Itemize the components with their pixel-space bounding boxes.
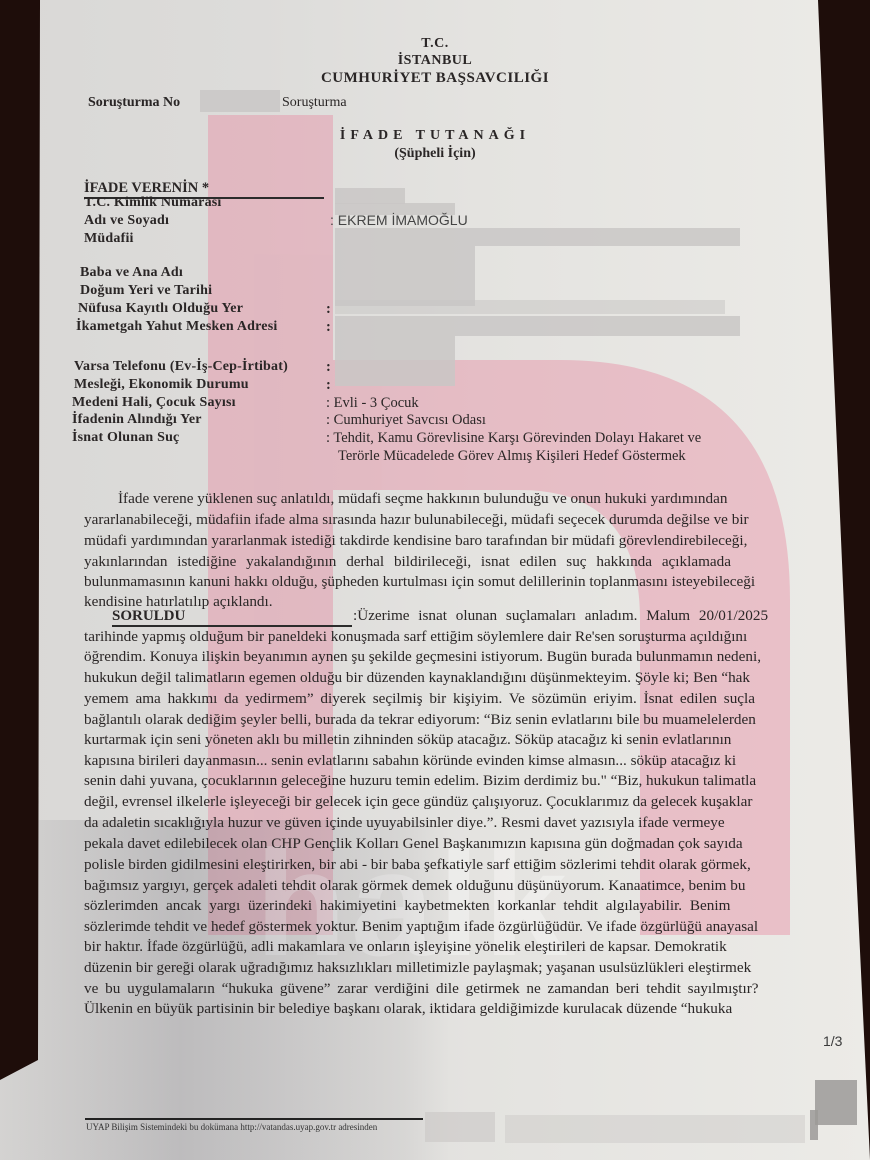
field-label-location: İfadenin Alındığı Yer — [72, 412, 202, 428]
question-underline — [112, 625, 352, 627]
redacted-stamp — [815, 1080, 857, 1125]
header-tc: T.C. — [0, 36, 870, 52]
statement-line: hukukun değil talimatların egemen olduğu… — [84, 669, 839, 687]
rights-line: bulunmamasının kanuni hakkı olduğu, şüph… — [84, 573, 839, 591]
statement-line: pekala davet edilebilecek olan CHP Gençl… — [84, 835, 839, 853]
statement-line: değil, evrensel ilkelerle işleyeceği bir… — [84, 793, 839, 811]
investigation-no-label: Soruşturma No — [88, 95, 180, 111]
statement-line: kapısına birileri dayanmasın... senin ev… — [84, 752, 839, 770]
field-label-occupation: Mesleği, Ekonomik Durumu — [74, 377, 249, 393]
statement-line: yemem ama hakkımı da yedirmem” diyerek s… — [84, 690, 839, 708]
rights-line: müdafi yardımından yararlanmak istediği … — [84, 532, 839, 550]
statement-line: polisle birden gidilmesini eleştirirken,… — [84, 856, 839, 874]
rights-line: yararlanabileceği, müdafiin ifade alma s… — [84, 511, 839, 529]
redacted-tc-no — [335, 188, 405, 204]
redacted-footer-2 — [505, 1115, 805, 1143]
page-number: 1/3 — [823, 1033, 842, 1049]
document-title: İFADE TUTANAĞI — [0, 128, 870, 144]
field-label-charge: İsnat Olunan Suç — [72, 430, 179, 446]
statement-line: bir haktır. İfade özgürlüğü, adli makaml… — [84, 938, 839, 956]
field-label-address: İkametgah Yahut Mesken Adresi — [76, 319, 277, 335]
field-label-parents: Baba ve Ana Adı — [80, 265, 183, 281]
rights-line: İfade verene yüklenen suç anlatıldı, müd… — [118, 490, 837, 508]
statement-line: da adaletin sıcaklığıyla huzur ve güven … — [84, 814, 839, 832]
header-office: CUMHURİYET BAŞSAVCILIĞI — [0, 70, 870, 87]
redacted-footer — [425, 1112, 495, 1142]
statement-line: senin dahi yuvana, çocuklarının geleceği… — [84, 772, 839, 790]
field-label-registry: Nüfusa Kayıtlı Olduğu Yer — [78, 301, 243, 317]
document-page: halk T.C. İSTANBUL CUMHURİYET BAŞSAVCILI… — [0, 0, 870, 1160]
statement-line: sözlerimden ancak yargı üzerindeki hakim… — [84, 897, 839, 915]
field-value-location: : Cumhuriyet Savcısı Odası — [326, 412, 486, 429]
statement-line: Ülkenin en büyük partisinin bir belediye… — [84, 1000, 839, 1018]
redacted-lawyer-2 — [335, 246, 475, 306]
redacted-stamp-2 — [810, 1110, 818, 1140]
statement-line: sözlerimde tehdit ve hedef göstermek yok… — [84, 918, 839, 936]
statement-line: bağımsız yargıyı, gerçek adaleti tehdit … — [84, 877, 839, 895]
statement-line: ve bu uygulamaların “hukuka güvene” zara… — [84, 980, 839, 998]
redacted-lawyer — [335, 228, 740, 246]
field-value-marital: : Evli - 3 Çocuk — [326, 395, 419, 412]
rights-line: yakınlarından istediğine yakalandığının … — [84, 553, 839, 571]
field-value-registry: : — [326, 301, 331, 318]
investigation-suffix: Soruşturma — [282, 95, 347, 111]
statement-line: :Üzerime isnat olunan suçlamaları anladı… — [353, 607, 833, 625]
field-value-name: : EKREM İMAMOĞLU — [330, 212, 468, 228]
statement-line: bağlantılı olarak dediğim şeyler belli, … — [84, 711, 839, 729]
field-value-charge: : Tehdit, Kamu Görevlisine Karşı Görevin… — [326, 430, 701, 447]
statement-line: tarihinde yapmış olduğum bir paneldeki k… — [84, 628, 839, 646]
statement-line: düzenin bir gereği olarak uğradığımız ha… — [84, 959, 839, 977]
redacted-address — [335, 316, 740, 336]
field-label-birth: Doğum Yeri ve Tarihi — [80, 283, 212, 299]
question-label: SORULDU — [112, 608, 185, 625]
field-value-charge-line2: Terörle Mücadelede Görev Almış Kişileri … — [338, 448, 686, 465]
statement-line: öğrendim. Konuya ilişkin beyanımın aynen… — [84, 648, 839, 666]
field-label-lawyer: Müdafii — [84, 231, 134, 247]
field-value-phone: : — [326, 359, 331, 376]
field-value-address: : — [326, 319, 331, 336]
field-label-marital: Medeni Hali, Çocuk Sayısı — [72, 395, 236, 411]
field-label-phone: Varsa Telefonu (Ev-İş-Cep-İrtibat) — [74, 359, 288, 375]
header-city: İSTANBUL — [0, 53, 870, 69]
document-subtitle: (Şüpheli İçin) — [0, 146, 870, 162]
statement-line: kurtarmak için seni yöneten aklı bu mill… — [84, 731, 839, 749]
redacted-investigation-no — [200, 90, 280, 112]
footer-text: UYAP Bilişim Sistemindeki bu dokümana ht… — [86, 1122, 377, 1132]
field-value-occupation: : — [326, 377, 331, 394]
redacted-registry — [335, 300, 725, 314]
field-label-name: Adı ve Soyadı — [84, 213, 169, 229]
field-label-tc-no: T.C. Kimlik Numarası — [84, 195, 222, 211]
rights-text: İfade verene yüklenen suç anlatıldı, müd… — [118, 490, 727, 508]
footer-rule — [85, 1118, 423, 1120]
redacted-address-2 — [335, 336, 455, 386]
